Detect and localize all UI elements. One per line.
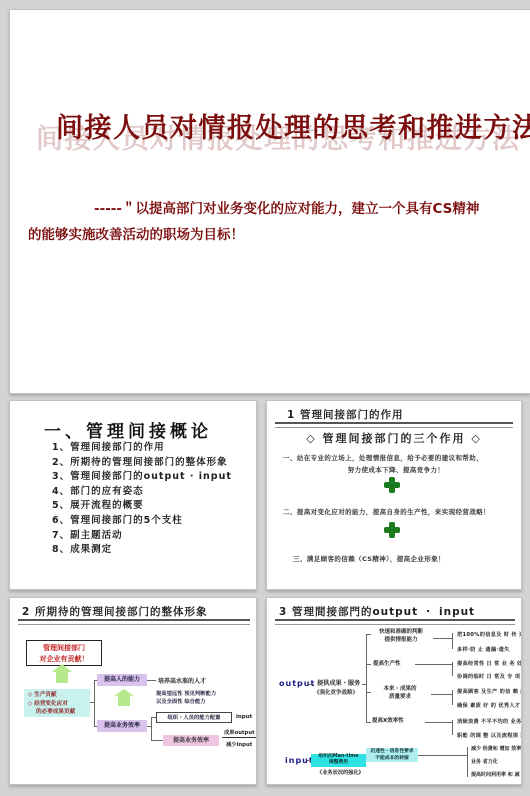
talent-note-2: 以及全面性 综合能力 bbox=[156, 698, 216, 706]
efficiency-box-2: 提高业务效率 bbox=[163, 735, 219, 746]
input-box-1: 组织的Man-time 调整费用 bbox=[311, 754, 366, 767]
input-detail-3: 提高时间利用率 和 减 少无用以及超负荷 bbox=[471, 771, 522, 778]
presentation-preview-page: 间接人员对情报处理的思考和推进方法 间接人员对情报处理的思考和推进方法 ----… bbox=[0, 0, 530, 796]
bracket-line bbox=[418, 755, 467, 756]
bracket-line bbox=[415, 664, 452, 665]
fraction-numerator: 成果output bbox=[224, 728, 255, 736]
slide-output-input: 3 管理間接部門的output ・ input output 提供成果・服务 《… bbox=[266, 597, 522, 785]
outline-item-2: 2、所期待的管理间接部门的整体形象 bbox=[52, 456, 232, 471]
connector-line bbox=[147, 680, 156, 681]
contribution-line-1: ◇ 生产贡献 bbox=[28, 691, 90, 700]
talent-label: 培养高水准的人才 bbox=[158, 676, 206, 685]
input-box-1-line-2: 调整费用 bbox=[311, 760, 366, 766]
subtitle-line-2: 的能够实施改善活动的职场为目标！ bbox=[28, 222, 526, 248]
talent-note-1: 提高望远性 预见判断能力 bbox=[156, 690, 216, 698]
green-cross-icon bbox=[384, 477, 400, 493]
role-point-1-line-1: 一、站在专业的立场上，处理情报信息，给予必要的建议和帮助， bbox=[283, 453, 509, 465]
role-point-1: 一、站在专业的立场上，处理情报信息，给予必要的建议和帮助， 努力使成本下降、提高… bbox=[283, 453, 509, 476]
presentation-title: 间接人员对情报处理的思考和推进方法 bbox=[56, 106, 530, 145]
connector-line bbox=[366, 722, 371, 723]
tree-trunk-line bbox=[366, 634, 367, 722]
role-point-2: 二、提高对变化应对的能力，提高自身的生产性，来实现经营战略！ bbox=[283, 507, 515, 519]
output-sub: 《强化竞争战略》 bbox=[314, 688, 358, 696]
branch-1-detail-2: 多样·防 止 遗漏·遗失 bbox=[457, 646, 510, 653]
input-detail-1: 减少 经费和 增加 效率 bbox=[471, 745, 521, 752]
subtitle-line-1: -----＂以提高部门对业务变化的应对能力，建立一个具有CS精神 bbox=[28, 196, 526, 222]
output-branch-1: 快速和准确的判断 提供情报能力 bbox=[371, 629, 431, 644]
outline-item-5: 5、展开流程的概要 bbox=[52, 499, 232, 514]
bracket-line bbox=[433, 638, 452, 639]
slide-overall-image: 2 所期待的管理间接部门的整体形象 管理间接部门 对企业有贡献！ ◇ 生产贡献 … bbox=[9, 597, 257, 785]
branch-1-line-2: 提供情报能力 bbox=[371, 637, 431, 645]
outline-item-3: 3、管理间接部门的output · input bbox=[52, 470, 232, 485]
input-box-2-line-1: 迅速性・信息性要求 bbox=[366, 748, 418, 755]
bracket-line bbox=[431, 694, 452, 695]
connector-line bbox=[94, 680, 95, 726]
input-box-2-line-2: 不能成本的转嫁 bbox=[366, 755, 418, 762]
efficiency-box-1: 提高业务效率 bbox=[97, 720, 147, 732]
output-branch-2: 提高生产性 bbox=[373, 661, 401, 669]
bracket-line bbox=[452, 720, 453, 735]
output-branch-4: 提高X效率性 bbox=[372, 718, 404, 726]
connector-line bbox=[151, 740, 163, 741]
roles-heading: ◇ 管理间接部门的三个作用 ◇ bbox=[267, 430, 521, 446]
goal-line-2: 对企业有贡献！ bbox=[27, 654, 101, 665]
goal-line-1: 管理间接部门 bbox=[27, 643, 101, 654]
bracket-line bbox=[452, 633, 453, 649]
output-branch-3: 本来・成果的 质量要求 bbox=[371, 686, 429, 701]
ability-box: 提高人的能力 bbox=[97, 674, 147, 686]
slide-title: 间接人员对情报处理的思考和推进方法 间接人员对情报处理的思考和推进方法 ----… bbox=[9, 9, 530, 394]
input-box-1-subnote: 《业务状况的强化》 bbox=[317, 769, 364, 776]
output-main: 提供成果・服务 bbox=[317, 678, 360, 687]
branch-3-detail-1: 提高顾客 及生产 的信 赖 感 bbox=[457, 688, 522, 695]
role-point-1-line-2: 努力使成本下降、提高竞争力！ bbox=[283, 465, 509, 477]
slide-roles: 1 管理间接部门的作用 ◇ 管理间接部门的三个作用 ◇ 一、站在专业的立场上，处… bbox=[266, 400, 522, 590]
header-underline bbox=[275, 619, 515, 625]
goal-box: 管理间接部门 对企业有贡献！ bbox=[26, 640, 102, 666]
branch-3-line-1: 本来・成果的 bbox=[371, 686, 429, 694]
slide-header: 1 管理间接部门的作用 bbox=[287, 407, 403, 422]
input-detail-2: 业务 省力化 bbox=[471, 758, 498, 765]
bracket-line bbox=[452, 690, 453, 705]
branch-3-line-2: 质量要求 bbox=[371, 694, 429, 702]
green-cross-icon bbox=[384, 522, 400, 538]
input-box-2: 迅速性・信息性要求 不能成本的转嫁 bbox=[366, 748, 418, 762]
outline-item-1: 1、管理间接部门的作用 bbox=[52, 441, 232, 456]
presentation-subtitle: -----＂以提高部门对业务变化的应对能力，建立一个具有CS精神 的能够实施改善… bbox=[28, 196, 526, 248]
branch-2-detail-2: 协调的临时 日 常及 专 项 目 提高生 产 性 bbox=[457, 673, 522, 680]
header-underline bbox=[275, 422, 513, 428]
connector-line bbox=[307, 684, 314, 685]
bracket-line bbox=[452, 662, 453, 676]
slide-header: 2 所期待的管理间接部门的整体形象 bbox=[22, 604, 207, 619]
branch-3-detail-2: 确保 素质 好 的 优秀人才 bbox=[457, 702, 520, 709]
header-underline bbox=[18, 619, 250, 625]
contribution-box: ◇ 生产贡献 ◇ 经营变化应对 的必要成果贡献 bbox=[24, 689, 90, 717]
up-arrow-house-icon bbox=[114, 689, 134, 706]
contribution-line-3: 的必要成果贡献 bbox=[28, 708, 90, 717]
connector-line bbox=[366, 664, 371, 665]
bracket-line bbox=[467, 747, 468, 777]
fraction-denominator: 减少input bbox=[226, 740, 252, 748]
slide-outline: 一、管理间接概论 1、管理间接部门的作用 2、所期待的管理间接部门的整体形象 3… bbox=[9, 400, 257, 590]
outline-list: 1、管理间接部门的作用 2、所期待的管理间接部门的整体形象 3、管理间接部门的o… bbox=[52, 441, 232, 558]
branch-4-detail-1: 消除浪费 不平不均的 业务流 程统 一 并 简化 bbox=[457, 718, 522, 725]
slide-header: 3 管理間接部門的output ・ input bbox=[279, 604, 475, 619]
connector-line bbox=[151, 717, 152, 741]
outline-item-4: 4、部门的应有姿态 bbox=[52, 485, 232, 500]
talent-notes: 提高望远性 预见判断能力 以及全面性 综合能力 bbox=[156, 690, 216, 706]
contribution-line-2: ◇ 经营变化应对 bbox=[28, 700, 90, 709]
branch-2-detail-1: 提高经常性 日 常 业 务 处理 的生 产 性 bbox=[457, 660, 522, 667]
outline-item-6: 6、管理间接部门的5个支柱 bbox=[52, 514, 232, 529]
fraction-bar bbox=[222, 737, 257, 738]
bracket-line bbox=[425, 722, 452, 723]
branch-1-detail-1: 把100%的信息及 时 传 达 执 行 覆盖化 bbox=[457, 631, 522, 638]
outline-item-8: 8、成果测定 bbox=[52, 543, 232, 558]
allocation-input-tag: input bbox=[236, 714, 252, 720]
role-point-3: 三、满足顾客的信赖（CS精神），提高企业形象！ bbox=[293, 554, 513, 566]
branch-4-detail-2: 职能 的调 整 以及流程规 范 管理 措 施 bbox=[457, 732, 522, 739]
up-arrow-house-icon bbox=[52, 664, 72, 683]
allocation-box: 组织・人员的能力配置 bbox=[156, 712, 232, 723]
outline-title: 一、管理间接概论 bbox=[44, 417, 212, 442]
branch-1-line-1: 快速和准确的判断 bbox=[371, 629, 431, 637]
outline-item-7: 7、副主题活动 bbox=[52, 529, 232, 544]
